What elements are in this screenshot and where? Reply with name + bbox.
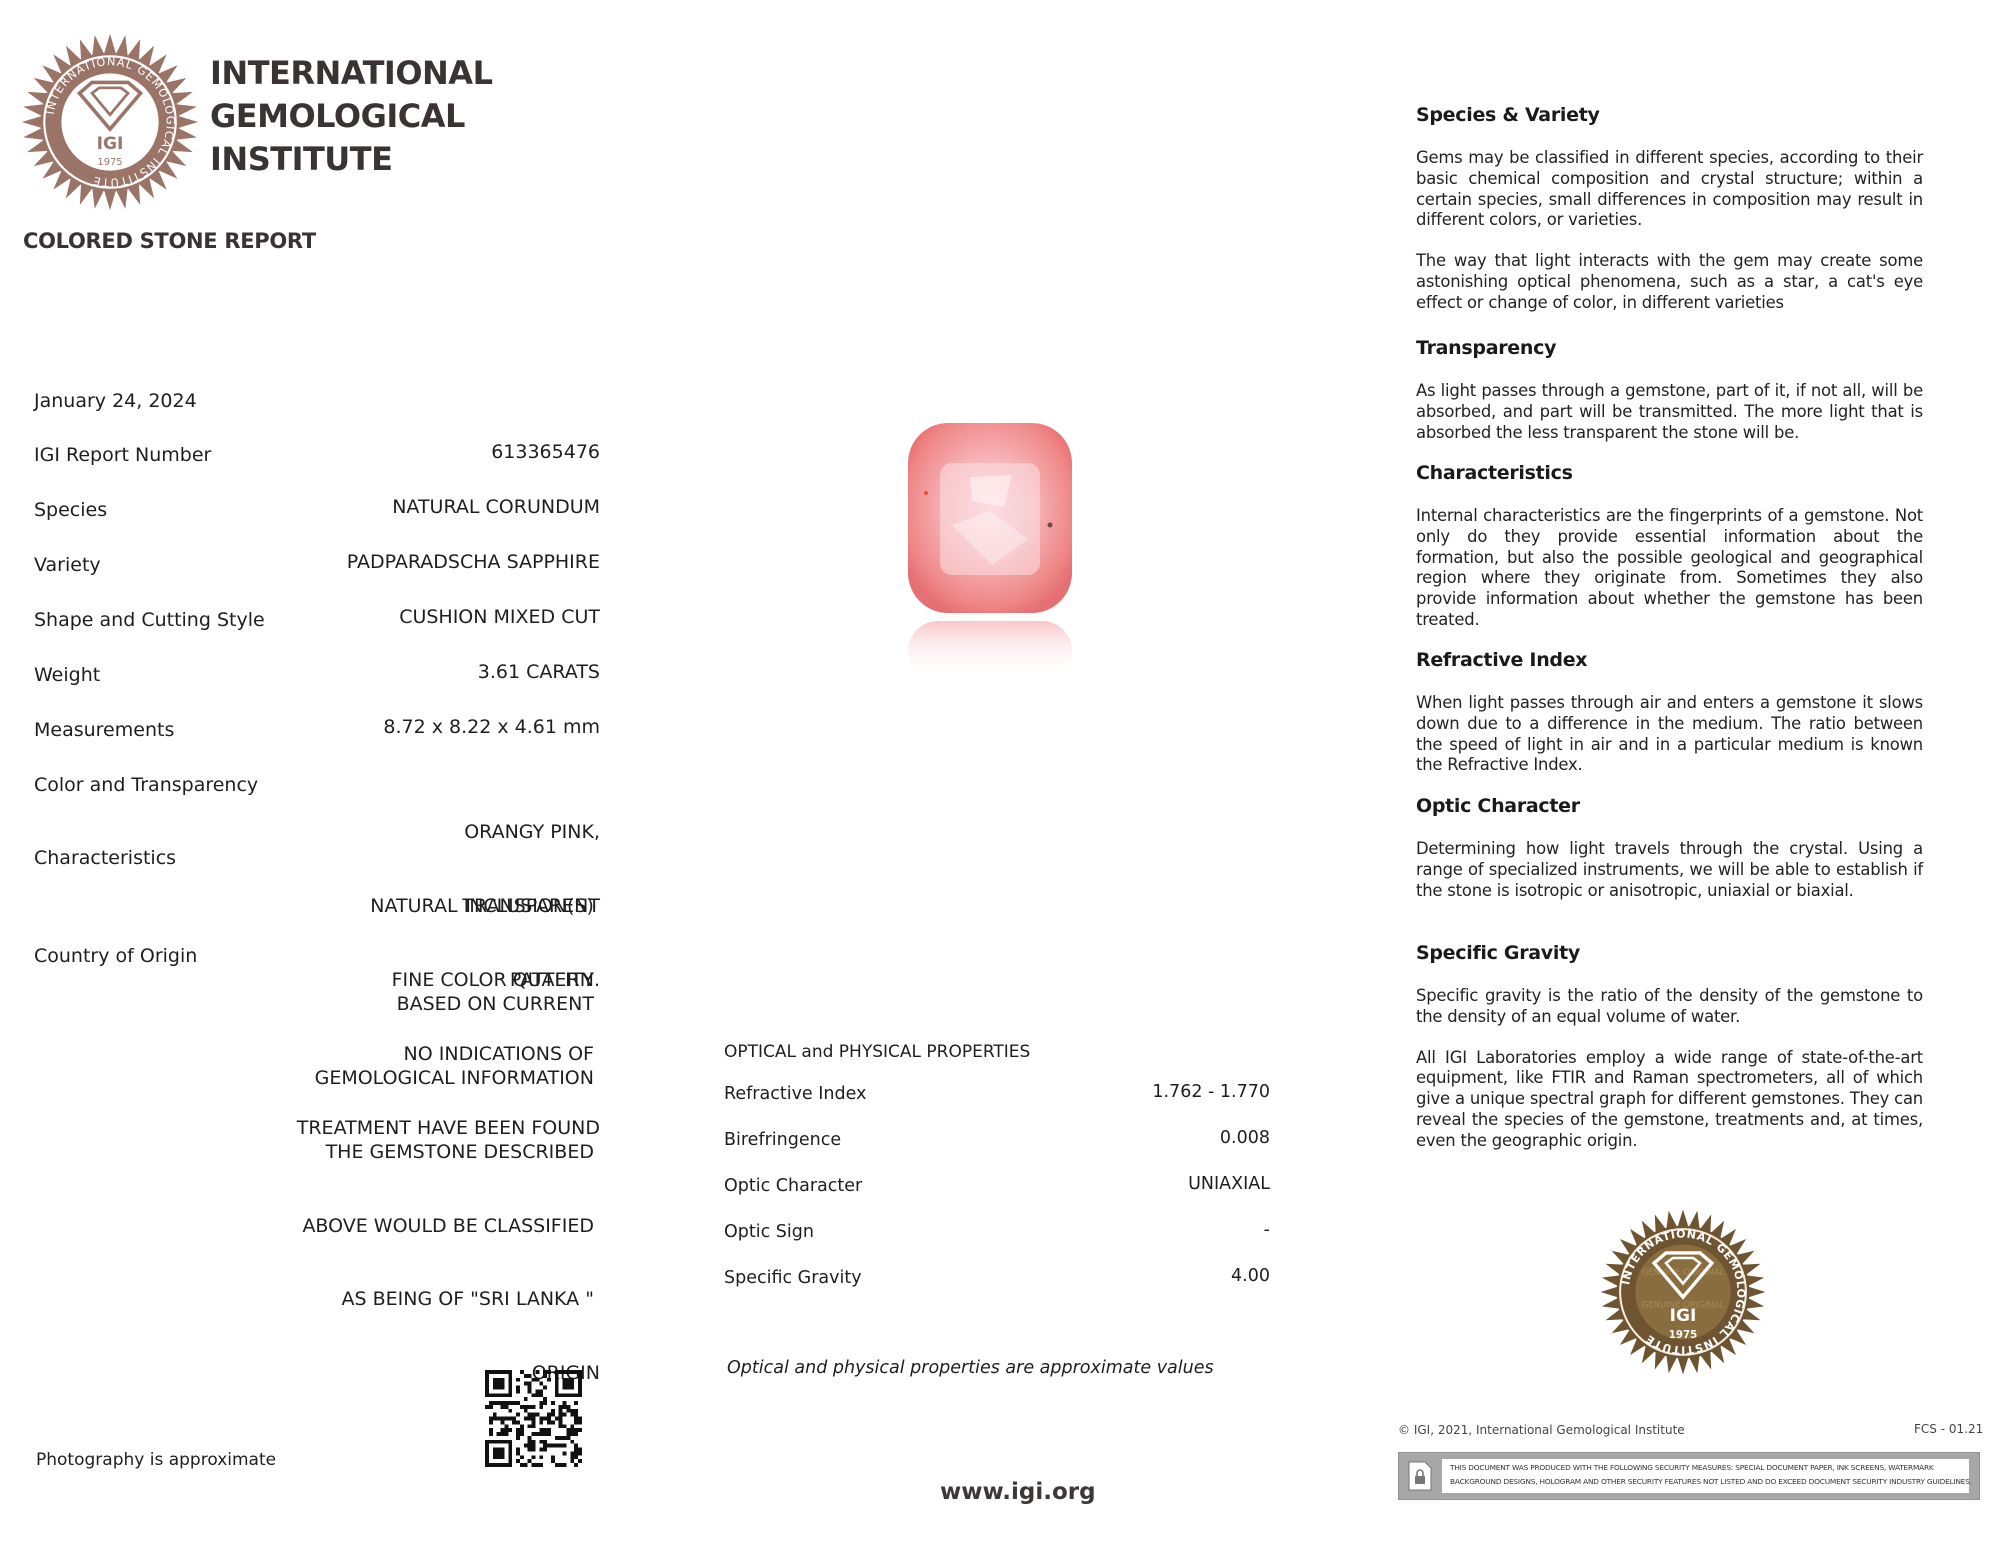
glossary-paragraph: Internal characteristics are the fingerp…	[1416, 506, 1923, 631]
hologram-background-text: GENUINE ORIGINAL	[1642, 1268, 1725, 1278]
glossary-transparency: Transparency As light passes through a g…	[1416, 337, 1923, 443]
report-type-title: COLORED STONE REPORT	[23, 229, 316, 253]
value-line: ABOVE WOULD BE CLASSIFIED	[302, 1214, 600, 1239]
value-species: NATURAL CORUNDUM	[392, 496, 600, 518]
value-measurements: 8.72 x 8.22 x 4.61 mm	[383, 716, 600, 738]
report-date: January 24, 2024	[34, 390, 197, 412]
value-optic-sign: -	[1264, 1220, 1270, 1240]
security-notice: THIS DOCUMENT WAS PRODUCED WITH THE FOLL…	[1398, 1452, 1980, 1500]
label-characteristics: Characteristics	[34, 847, 176, 869]
photography-note: Photography is approximate	[36, 1450, 276, 1470]
institute-name-line: GEMOLOGICAL	[210, 95, 492, 138]
label-color-transparency: Color and Transparency	[34, 774, 258, 796]
glossary-heading: Refractive Index	[1416, 649, 1923, 671]
glossary-heading: Transparency	[1416, 337, 1923, 359]
glossary-specific-gravity: Specific Gravity Specific gravity is the…	[1416, 942, 1923, 1152]
approximate-values-note: Optical and physical properties are appr…	[727, 1358, 1214, 1378]
glossary-heading: Characteristics	[1416, 462, 1923, 484]
glossary-characteristics: Characteristics Internal characteristics…	[1416, 462, 1923, 631]
label-weight: Weight	[34, 664, 100, 686]
label-species: Species	[34, 499, 107, 521]
value-birefringence: 0.008	[1220, 1128, 1270, 1148]
copyright-notice: © IGI, 2021, International Gemological I…	[1398, 1423, 1685, 1437]
value-refractive-index: 1.762 - 1.770	[1152, 1082, 1270, 1102]
igi-seal-logo: INTERNATIONAL GEMOLOGICAL INSTITUTE IGI …	[20, 32, 200, 212]
optical-properties-heading: OPTICAL and PHYSICAL PROPERTIES	[724, 1042, 1030, 1062]
value-shape-cut: CUSHION MIXED CUT	[399, 606, 600, 628]
glossary-optic-character: Optic Character Determining how light tr…	[1416, 795, 1923, 901]
institute-name-line: INSTITUTE	[210, 138, 492, 181]
hologram-year: 1975	[1669, 1330, 1697, 1341]
form-code: FCS - 01.21	[1914, 1422, 1983, 1436]
value-specific-gravity: 4.00	[1231, 1266, 1270, 1286]
glossary-species-variety: Species & Variety Gems may be classified…	[1416, 104, 1923, 314]
label-variety: Variety	[34, 554, 101, 576]
glossary-paragraph: Gems may be classified in different spec…	[1416, 148, 1923, 231]
glossary-refractive-index: Refractive Index When light passes throu…	[1416, 649, 1923, 776]
glossary-paragraph: As light passes through a gemstone, part…	[1416, 381, 1923, 443]
value-report-number: 613365476	[491, 441, 600, 463]
qr-code[interactable]	[484, 1370, 583, 1467]
value-optic-character: UNIAXIAL	[1188, 1174, 1270, 1194]
hologram-seal: GENUINE ORIGINAL GENUINE ORIGINAL INTERN…	[1598, 1207, 1768, 1377]
label-country-origin: Country of Origin	[34, 945, 197, 967]
security-text: THIS DOCUMENT WAS PRODUCED WITH THE FOLL…	[1442, 1459, 1969, 1493]
glossary-paragraph: The way that light interacts with the ge…	[1416, 251, 1923, 313]
glossary-paragraph: Determining how light travels through th…	[1416, 839, 1923, 901]
value-line: THE GEMSTONE DESCRIBED	[302, 1140, 600, 1165]
glossary-heading: Optic Character	[1416, 795, 1923, 817]
secure-document-lock-icon	[1407, 1461, 1433, 1491]
label-shape-cut: Shape and Cutting Style	[34, 609, 265, 631]
svg-text:IGI: IGI	[1670, 1306, 1697, 1326]
seal-year: 1975	[97, 157, 122, 168]
seal-monogram: IGI	[97, 134, 124, 154]
label-optic-sign: Optic Sign	[724, 1222, 814, 1242]
label-measurements: Measurements	[34, 719, 174, 741]
label-refractive-index: Refractive Index	[724, 1084, 866, 1104]
value-line: GEMOLOGICAL INFORMATION	[302, 1066, 600, 1091]
glossary-paragraph: All IGI Laboratories employ a wide range…	[1416, 1048, 1923, 1152]
label-birefringence: Birefringence	[724, 1130, 841, 1150]
website-link[interactable]: www.igi.org	[940, 1479, 1096, 1505]
label-report-number: IGI Report Number	[34, 444, 211, 466]
label-specific-gravity: Specific Gravity	[724, 1268, 862, 1288]
value-line: NATURAL INCLUSION(S)	[297, 894, 600, 919]
value-variety: PADPARADSCHA SAPPHIRE	[347, 551, 600, 573]
security-line: THIS DOCUMENT WAS PRODUCED WITH THE FOLL…	[1450, 1461, 1961, 1475]
value-country-origin: BASED ON CURRENT GEMOLOGICAL INFORMATION…	[302, 943, 600, 1435]
value-line: AS BEING OF "SRI LANKA "	[302, 1287, 600, 1312]
value-weight: 3.61 CARATS	[478, 661, 600, 683]
institute-name-line: INTERNATIONAL	[210, 52, 492, 95]
institute-name: INTERNATIONAL GEMOLOGICAL INSTITUTE	[210, 52, 492, 181]
glossary-paragraph: When light passes through air and enters…	[1416, 693, 1923, 776]
value-line: ORANGY PINK,	[392, 820, 600, 845]
value-line: BASED ON CURRENT	[302, 992, 600, 1017]
glossary-heading: Specific Gravity	[1416, 942, 1923, 964]
glossary-paragraph: Specific gravity is the ratio of the den…	[1416, 986, 1923, 1028]
glossary-heading: Species & Variety	[1416, 104, 1923, 126]
label-optic-character: Optic Character	[724, 1176, 862, 1196]
gemstone-photo	[900, 415, 1080, 685]
security-line: BACKGROUND DESIGNS, HOLOGRAM AND OTHER S…	[1450, 1475, 1961, 1489]
